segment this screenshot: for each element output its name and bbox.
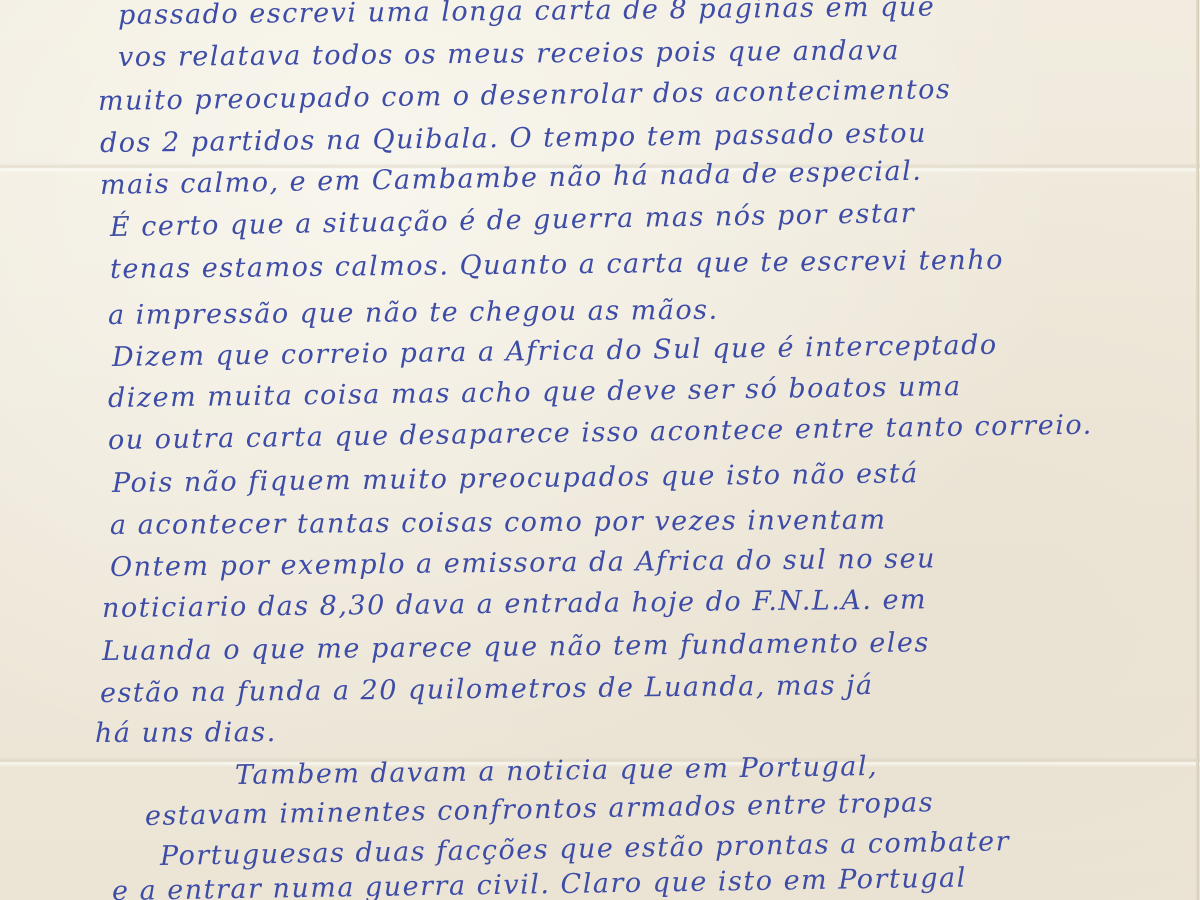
handwritten-line: estavam iminentes confrontos armados ent… [145,787,935,832]
handwritten-line: há uns dias. [95,717,277,749]
handwritten-line: Dizem que correio para a Africa do Sul q… [112,330,998,373]
handwritten-line: estão na funda a 20 quilometros de Luand… [100,670,874,709]
handwritten-text-body: passado escrevi uma longa carta de 8 pag… [0,0,1200,900]
handwritten-line: vos relatava todos os meus receios pois … [118,35,900,73]
handwritten-line: mais calmo, e em Cambambe não há nada de… [100,156,923,201]
handwritten-line: Tambem davam a noticia que em Portugal, [235,751,879,791]
handwritten-line: Pois não fiquem muito preocupados que is… [112,458,919,499]
handwritten-line: É certo que a situação é de guerra mas n… [110,198,916,243]
handwritten-line: a acontecer tantas coisas como por vezes… [110,505,887,541]
handwritten-line: dizem muita coisa mas acho que deve ser … [108,371,962,414]
handwritten-line: ou outra carta que desaparece isso acont… [108,410,1093,456]
handwritten-line: tenas estamos calmos. Quanto a carta que… [110,245,1004,285]
handwritten-line: a impressão que não te chegou as mãos. [108,295,719,331]
handwritten-line: passado escrevi uma longa carta de 8 pag… [118,0,936,31]
handwritten-line: Luanda o que me parece que não tem funda… [102,627,930,667]
handwritten-line: muito preocupado com o desenrolar dos ac… [98,74,952,117]
handwritten-line: Ontem por exemplo a emissora da Africa d… [110,543,936,583]
handwritten-line: noticiario das 8,30 dava a entrada hoje … [102,584,927,624]
handwritten-line: dos 2 partidos na Quibala. O tempo tem p… [100,118,927,159]
